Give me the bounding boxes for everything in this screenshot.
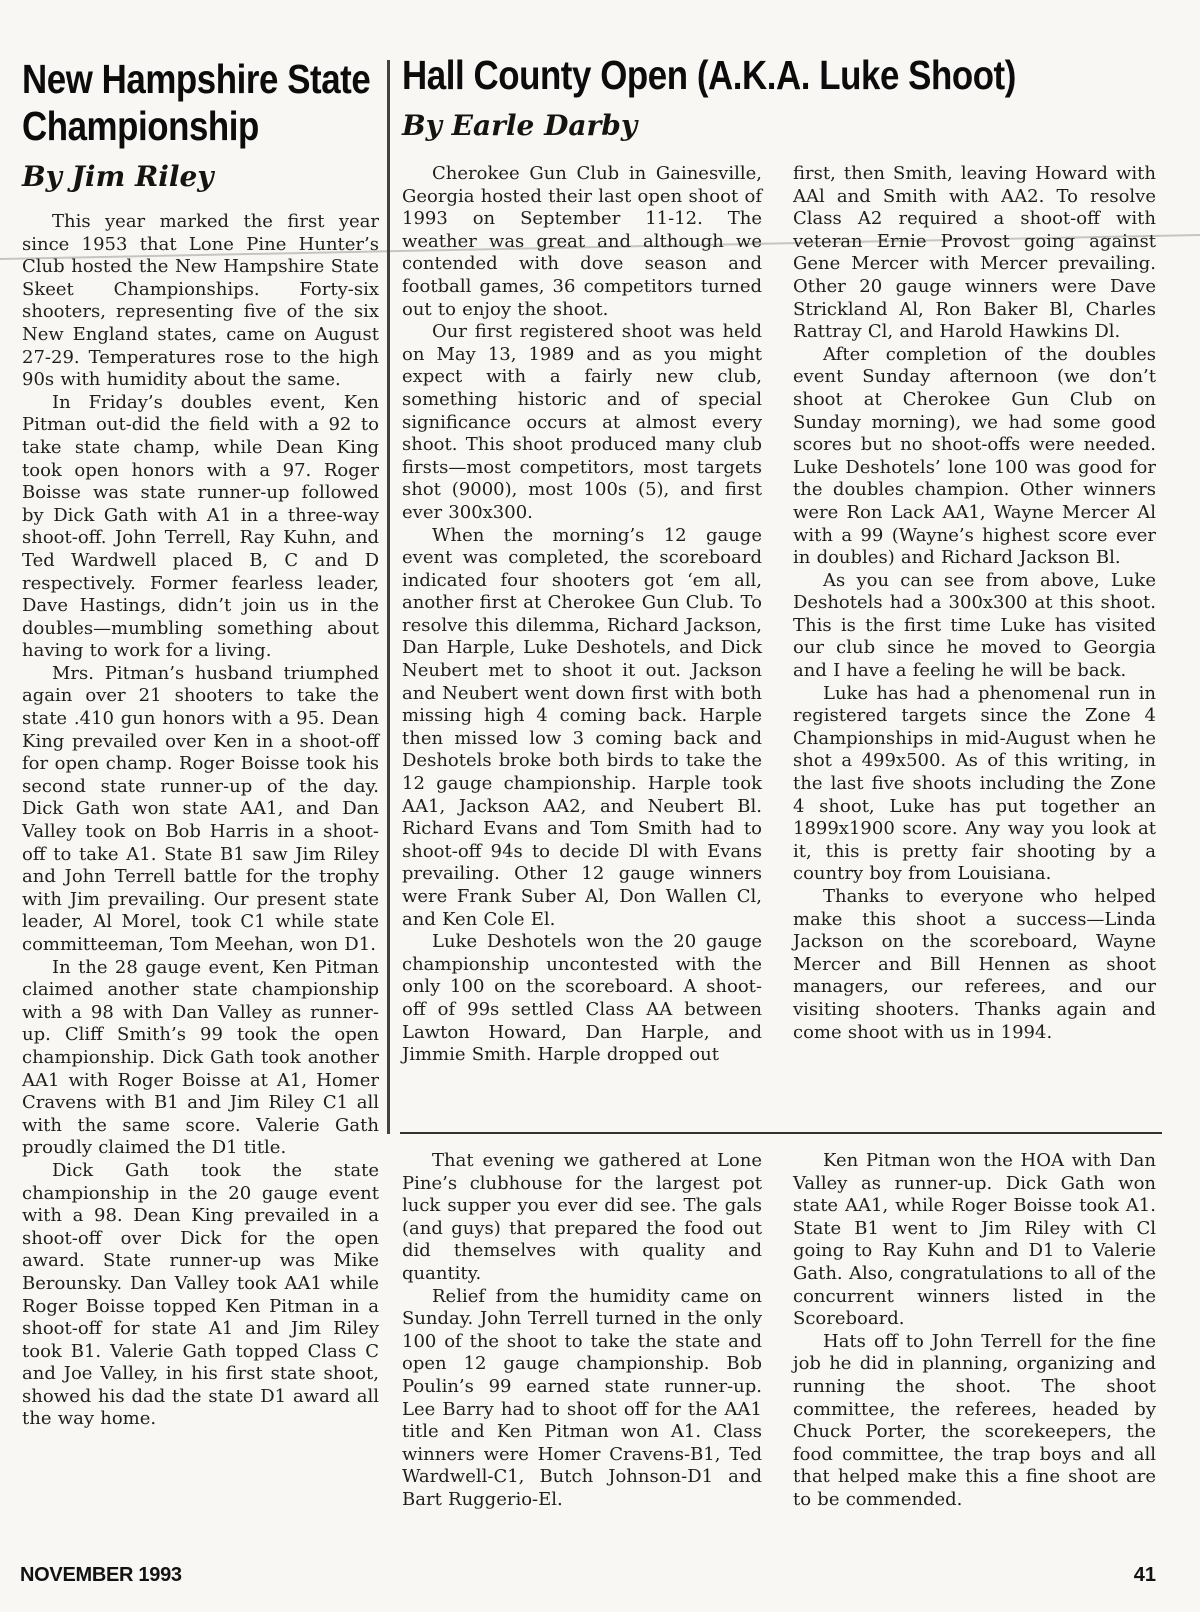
footer-page-number: 41 xyxy=(1108,1564,1156,1587)
article-body-new-hampshire: This year marked the first year since 19… xyxy=(22,211,379,1431)
hall-county-column-2: first, then Smith, leaving Howard with A… xyxy=(793,163,1156,1044)
footer-issue-date: NOVEMBER 1993 xyxy=(20,1564,182,1587)
paragraph: That evening we gathered at Lone Pine’s … xyxy=(402,1150,762,1286)
article-title-new-hampshire: New Hampshire State Championship xyxy=(22,56,389,150)
paragraph: In Friday’s doubles event, Ken Pitman ou… xyxy=(22,392,379,663)
section-rule-right xyxy=(757,1132,1162,1134)
paragraph: When the morning’s 12 gauge event was co… xyxy=(402,525,762,932)
paragraph: first, then Smith, leaving Howard with A… xyxy=(793,163,1156,344)
paragraph: Ken Pitman won the HOA with Dan Valley a… xyxy=(793,1150,1156,1331)
paragraph: Hats off to John Terrell for the fine jo… xyxy=(793,1331,1156,1512)
article-new-hampshire: New Hampshire State Championship By Jim … xyxy=(22,56,379,1431)
hall-county-column-1: Cherokee Gun Club in Gainesville, Georgi… xyxy=(402,163,762,1067)
article-title-hall-county: Hall County Open (A.K.A. Luke Shoot) xyxy=(402,52,1048,99)
column-divider xyxy=(387,60,390,1134)
paragraph: Luke has had a phenomenal run in registe… xyxy=(793,683,1156,886)
paragraph: As you can see from above, Luke Deshotel… xyxy=(793,570,1156,683)
byline-earle-darby: By Earle Darby xyxy=(402,109,1162,142)
paragraph: Mrs. Pitman’s husband triumphed again ov… xyxy=(22,663,379,957)
paragraph: Thanks to everyone who helped make this … xyxy=(793,886,1156,1044)
paragraph: This year marked the first year since 19… xyxy=(22,211,379,392)
paragraph: Luke Deshotels won the 20 gauge champion… xyxy=(402,931,762,1067)
paragraph: Relief from the humidity came on Sunday.… xyxy=(402,1286,762,1512)
new-hampshire-continuation-right: Ken Pitman won the HOA with Dan Valley a… xyxy=(793,1150,1156,1512)
paragraph: Cherokee Gun Club in Gainesville, Georgi… xyxy=(402,163,762,321)
paragraph: After completion of the doubles event Su… xyxy=(793,344,1156,570)
paragraph: Dick Gath took the state championship in… xyxy=(22,1160,379,1431)
new-hampshire-continuation-middle: That evening we gathered at Lone Pine’s … xyxy=(402,1150,762,1512)
paragraph: In the 28 gauge event, Ken Pitman claime… xyxy=(22,957,379,1160)
article-header-hall-county: Hall County Open (A.K.A. Luke Shoot) By … xyxy=(402,52,1162,142)
paragraph: Our first registered shoot was held on M… xyxy=(402,321,762,524)
byline-jim-riley: By Jim Riley xyxy=(22,160,379,193)
section-rule-middle xyxy=(400,1132,762,1134)
